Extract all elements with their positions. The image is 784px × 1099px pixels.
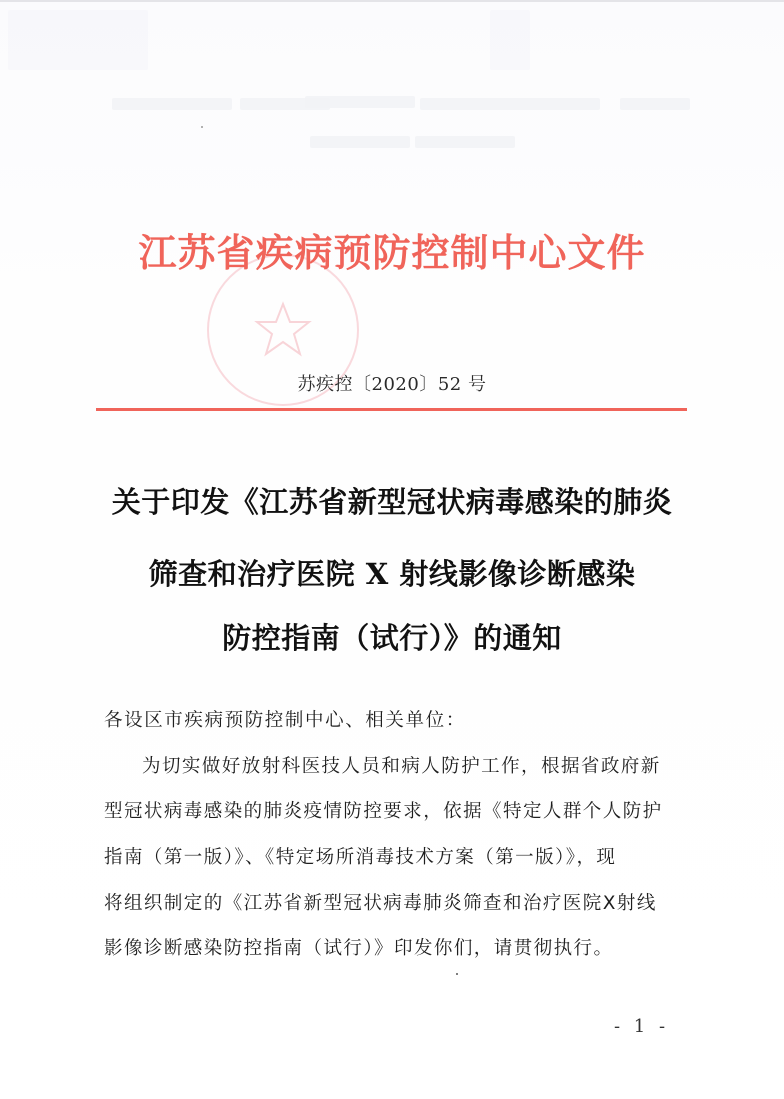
bleed-bar [305, 96, 415, 108]
bleed-bar [420, 98, 600, 110]
bleed-bar [490, 10, 530, 70]
document-title-line-2: 筛查和治疗医院 X 射线影像诊断感染 [0, 552, 784, 593]
body-paragraph-line-1: 为切实做好放射科医技人员和病人防护工作，根据省政府新 [142, 752, 661, 778]
document-title-line-1: 关于印发《江苏省新型冠状病毒感染的肺炎 [0, 480, 784, 521]
body-paragraph-line-4: 将组织制定的《江苏省新型冠状病毒肺炎筛查和治疗医院X射线 [104, 889, 657, 915]
bleed-through-text [0, 0, 784, 200]
document-number: 苏疾控〔2020〕52 号 [0, 370, 784, 396]
body-paragraph-line-2: 型冠状病毒感染的肺炎疫情防控要求，依据《特定人群个人防护 [104, 797, 663, 823]
document-page: 江苏省疾病预防控制中心文件 苏疾控〔2020〕52 号 关于印发《江苏省新型冠状… [0, 0, 784, 1099]
scan-speck [456, 973, 458, 975]
red-divider-line [96, 408, 687, 411]
page-number: - 1 - [614, 1016, 669, 1037]
body-paragraph-line-3: 指南（第一版）》、《特定场所消毒技术方案（第一版）》，现 [104, 843, 616, 869]
bleed-bar [112, 98, 232, 110]
bleed-bar [415, 136, 515, 148]
star-icon [253, 300, 313, 360]
document-title-line-3: 防控指南（试行）》的通知 [0, 616, 784, 657]
bleed-bar [8, 10, 148, 70]
issuer-title: 江苏省疾病预防控制中心文件 [0, 222, 784, 277]
bleed-bar [310, 136, 410, 148]
bleed-bar [620, 98, 690, 110]
scan-speck [201, 126, 203, 128]
body-paragraph-line-5: 影像诊断感染防控指南（试行）》印发你们，请贯彻执行。 [104, 934, 613, 960]
salutation: 各设区市疾病预防控制中心、相关单位： [104, 706, 688, 732]
